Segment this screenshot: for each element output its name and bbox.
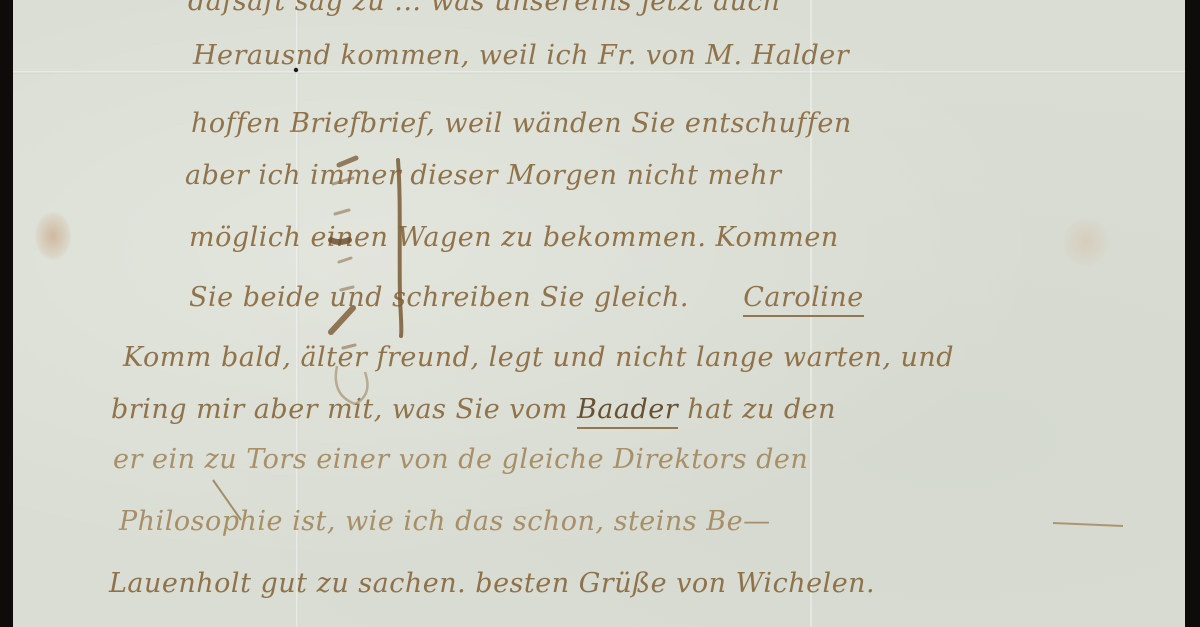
handwritten-line: möglich einen Wagen zu bekommen. Kommen — [189, 222, 839, 253]
manuscript-page: dafsaft sag zu ... was unsereins jetzt a… — [13, 0, 1185, 627]
horizontal-fold-line — [13, 71, 1185, 74]
handwritten-line: Philosophie ist, wie ich das schon, stei… — [119, 506, 771, 537]
handwritten-line: dafsaft sag zu ... was unsereins jetzt a… — [188, 0, 781, 17]
handwritten-line: Sie beide und schreiben Sie gleich. Caro… — [189, 282, 864, 313]
foxing-stain-right — [1063, 218, 1109, 266]
line-text: bring mir aber mit, was Sie vom — [111, 394, 568, 425]
line-text: Sie beide und schreiben Sie gleich. — [189, 282, 689, 313]
handwritten-line: hoffen Briefbrief, weil wänden Sie entsc… — [191, 108, 852, 139]
handwritten-line: bring mir aber mit, was Sie vom Baader h… — [111, 394, 836, 425]
underlined-name-caroline: Caroline — [743, 282, 864, 317]
handwritten-line: Lauenholt gut zu sachen. besten Grüße vo… — [109, 568, 875, 599]
scan-border-left — [0, 0, 13, 627]
foxing-stain-left — [35, 212, 71, 260]
handwritten-line: Herausnd kommen, weil ich Fr. von M. Hal… — [193, 40, 849, 71]
underlined-name-baader: Baader — [577, 394, 678, 429]
handwritten-line: er ein zu Tors einer von de gleiche Dire… — [113, 444, 808, 475]
handwritten-line: aber ich immer dieser Morgen nicht mehr — [185, 160, 782, 191]
scan-viewer: dafsaft sag zu ... was unsereins jetzt a… — [0, 0, 1200, 627]
scan-border-right — [1185, 0, 1200, 627]
handwritten-line: Komm bald, älter freund, legt und nicht … — [123, 342, 954, 373]
line-tail: hat zu den — [687, 394, 836, 425]
